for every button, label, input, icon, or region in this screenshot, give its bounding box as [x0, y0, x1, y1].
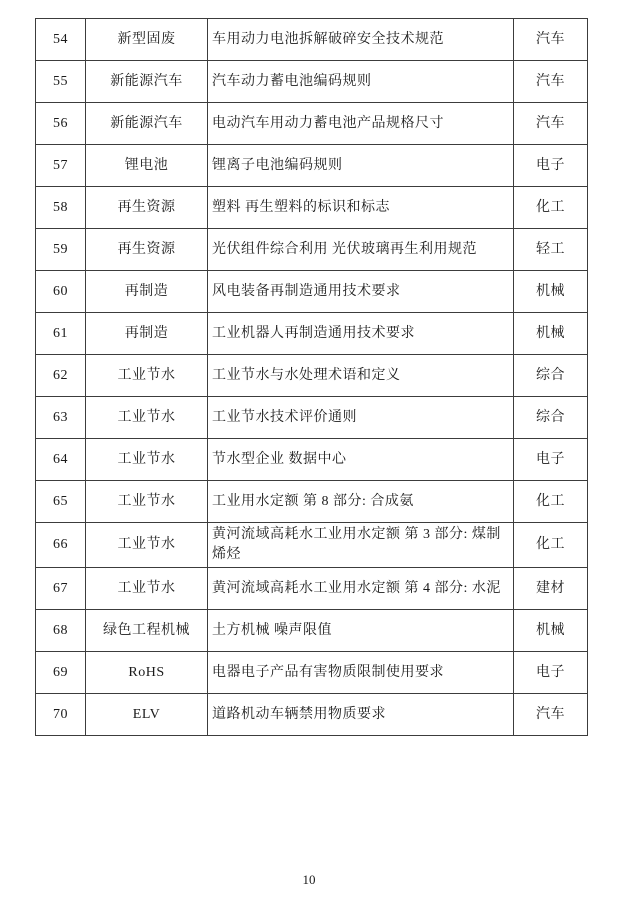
category-cell: 再制造	[86, 313, 208, 355]
category-cell: ELV	[86, 694, 208, 736]
table-row: 55 新能源汽车 汽车动力蓄电池编码规则 汽车	[36, 61, 588, 103]
industry-cell: 机械	[514, 271, 588, 313]
category-cell: 工业节水	[86, 568, 208, 610]
title-cell: 道路机动车辆禁用物质要求	[208, 694, 514, 736]
row-number-cell: 56	[36, 103, 86, 145]
category-cell: 工业节水	[86, 523, 208, 568]
category-cell: 新能源汽车	[86, 103, 208, 145]
title-cell: 黄河流域高耗水工业用水定额 第 4 部分: 水泥	[208, 568, 514, 610]
industry-cell: 汽车	[514, 61, 588, 103]
row-number-cell: 62	[36, 355, 86, 397]
row-number-cell: 54	[36, 19, 86, 61]
row-number-cell: 55	[36, 61, 86, 103]
table-row: 65 工业节水 工业用水定额 第 8 部分: 合成氨 化工	[36, 481, 588, 523]
industry-cell: 化工	[514, 481, 588, 523]
page-number: 10	[0, 872, 618, 888]
document-page: 54 新型固废 车用动力电池拆解破碎安全技术规范 汽车 55 新能源汽车 汽车动…	[0, 0, 618, 910]
title-cell: 电器电子产品有害物质限制使用要求	[208, 652, 514, 694]
table-row: 68 绿色工程机械 土方机械 噪声限值 机械	[36, 610, 588, 652]
category-cell: RoHS	[86, 652, 208, 694]
industry-cell: 汽车	[514, 103, 588, 145]
category-cell: 绿色工程机械	[86, 610, 208, 652]
table-row: 70 ELV 道路机动车辆禁用物质要求 汽车	[36, 694, 588, 736]
title-cell: 黄河流域高耗水工业用水定额 第 3 部分: 煤制烯烃	[208, 523, 514, 568]
row-number-cell: 64	[36, 439, 86, 481]
row-number-cell: 70	[36, 694, 86, 736]
title-cell: 车用动力电池拆解破碎安全技术规范	[208, 19, 514, 61]
industry-cell: 机械	[514, 313, 588, 355]
industry-cell: 化工	[514, 523, 588, 568]
industry-cell: 电子	[514, 145, 588, 187]
table-row: 61 再制造 工业机器人再制造通用技术要求 机械	[36, 313, 588, 355]
industry-cell: 汽车	[514, 19, 588, 61]
row-number-cell: 66	[36, 523, 86, 568]
standards-table-body: 54 新型固废 车用动力电池拆解破碎安全技术规范 汽车 55 新能源汽车 汽车动…	[36, 19, 588, 736]
row-number-cell: 61	[36, 313, 86, 355]
industry-cell: 建材	[514, 568, 588, 610]
title-cell: 光伏组件综合利用 光伏玻璃再生利用规范	[208, 229, 514, 271]
table-row: 64 工业节水 节水型企业 数据中心 电子	[36, 439, 588, 481]
industry-cell: 综合	[514, 397, 588, 439]
industry-cell: 汽车	[514, 694, 588, 736]
table-row: 62 工业节水 工业节水与水处理术语和定义 综合	[36, 355, 588, 397]
table-row: 56 新能源汽车 电动汽车用动力蓄电池产品规格尺寸 汽车	[36, 103, 588, 145]
category-cell: 新型固废	[86, 19, 208, 61]
table-row: 69 RoHS 电器电子产品有害物质限制使用要求 电子	[36, 652, 588, 694]
table-row: 60 再制造 风电装备再制造通用技术要求 机械	[36, 271, 588, 313]
title-cell: 工业节水技术评价通则	[208, 397, 514, 439]
industry-cell: 化工	[514, 187, 588, 229]
category-cell: 再生资源	[86, 187, 208, 229]
industry-cell: 机械	[514, 610, 588, 652]
title-cell: 节水型企业 数据中心	[208, 439, 514, 481]
row-number-cell: 59	[36, 229, 86, 271]
row-number-cell: 67	[36, 568, 86, 610]
category-cell: 新能源汽车	[86, 61, 208, 103]
title-cell: 锂离子电池编码规则	[208, 145, 514, 187]
category-cell: 工业节水	[86, 397, 208, 439]
title-cell: 工业机器人再制造通用技术要求	[208, 313, 514, 355]
category-cell: 再制造	[86, 271, 208, 313]
row-number-cell: 63	[36, 397, 86, 439]
category-cell: 工业节水	[86, 355, 208, 397]
title-cell: 工业用水定额 第 8 部分: 合成氨	[208, 481, 514, 523]
category-cell: 工业节水	[86, 481, 208, 523]
title-cell: 汽车动力蓄电池编码规则	[208, 61, 514, 103]
table-row: 63 工业节水 工业节水技术评价通则 综合	[36, 397, 588, 439]
row-number-cell: 69	[36, 652, 86, 694]
row-number-cell: 68	[36, 610, 86, 652]
category-cell: 锂电池	[86, 145, 208, 187]
industry-cell: 轻工	[514, 229, 588, 271]
row-number-cell: 60	[36, 271, 86, 313]
title-cell: 电动汽车用动力蓄电池产品规格尺寸	[208, 103, 514, 145]
standards-table: 54 新型固废 车用动力电池拆解破碎安全技术规范 汽车 55 新能源汽车 汽车动…	[35, 18, 588, 736]
title-cell: 风电装备再制造通用技术要求	[208, 271, 514, 313]
category-cell: 再生资源	[86, 229, 208, 271]
title-cell: 工业节水与水处理术语和定义	[208, 355, 514, 397]
title-cell: 土方机械 噪声限值	[208, 610, 514, 652]
table-row: 54 新型固废 车用动力电池拆解破碎安全技术规范 汽车	[36, 19, 588, 61]
industry-cell: 电子	[514, 652, 588, 694]
row-number-cell: 58	[36, 187, 86, 229]
table-row: 59 再生资源 光伏组件综合利用 光伏玻璃再生利用规范 轻工	[36, 229, 588, 271]
industry-cell: 综合	[514, 355, 588, 397]
table-row: 67 工业节水 黄河流域高耗水工业用水定额 第 4 部分: 水泥 建材	[36, 568, 588, 610]
table-row: 66 工业节水 黄河流域高耗水工业用水定额 第 3 部分: 煤制烯烃 化工	[36, 523, 588, 568]
table-row: 57 锂电池 锂离子电池编码规则 电子	[36, 145, 588, 187]
category-cell: 工业节水	[86, 439, 208, 481]
row-number-cell: 57	[36, 145, 86, 187]
industry-cell: 电子	[514, 439, 588, 481]
row-number-cell: 65	[36, 481, 86, 523]
title-cell: 塑料 再生塑料的标识和标志	[208, 187, 514, 229]
table-row: 58 再生资源 塑料 再生塑料的标识和标志 化工	[36, 187, 588, 229]
